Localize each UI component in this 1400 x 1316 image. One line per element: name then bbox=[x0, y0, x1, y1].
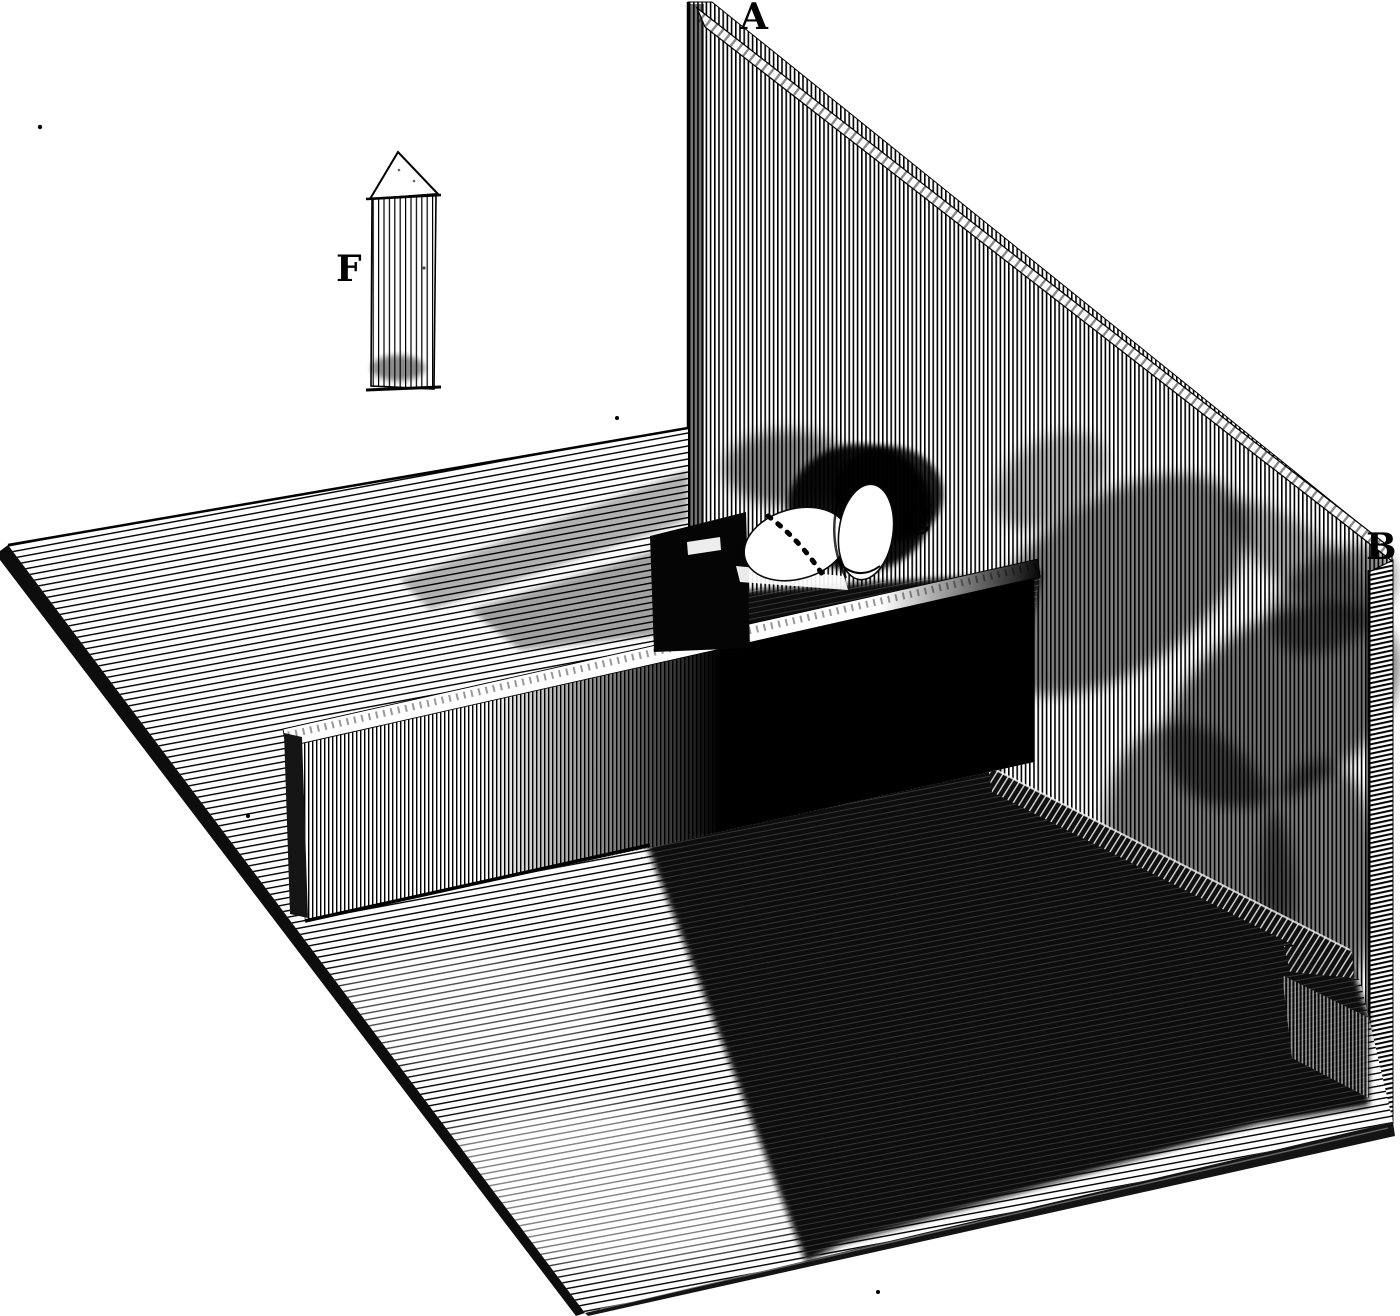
engraving-figure: A B C F bbox=[0, 0, 1400, 1316]
prism-cap bbox=[370, 152, 438, 199]
engraving-canvas: A B C F bbox=[0, 0, 1400, 1316]
prism-base-smudge bbox=[371, 355, 425, 381]
pedestal-block bbox=[650, 512, 750, 652]
prism-cap-dot bbox=[413, 180, 416, 183]
prism-body-dot bbox=[422, 266, 425, 269]
floor-highlight bbox=[315, 950, 615, 1070]
ink-speck bbox=[876, 1290, 880, 1294]
prism-f bbox=[366, 152, 441, 390]
ink-speck bbox=[246, 814, 250, 818]
label-a: A bbox=[739, 0, 769, 38]
prism-cap-dot bbox=[398, 169, 401, 172]
ink-speck bbox=[615, 416, 619, 420]
ink-speck bbox=[38, 125, 42, 129]
label-f: F bbox=[336, 248, 362, 290]
label-c: C bbox=[903, 501, 932, 543]
label-b: B bbox=[1366, 526, 1396, 568]
